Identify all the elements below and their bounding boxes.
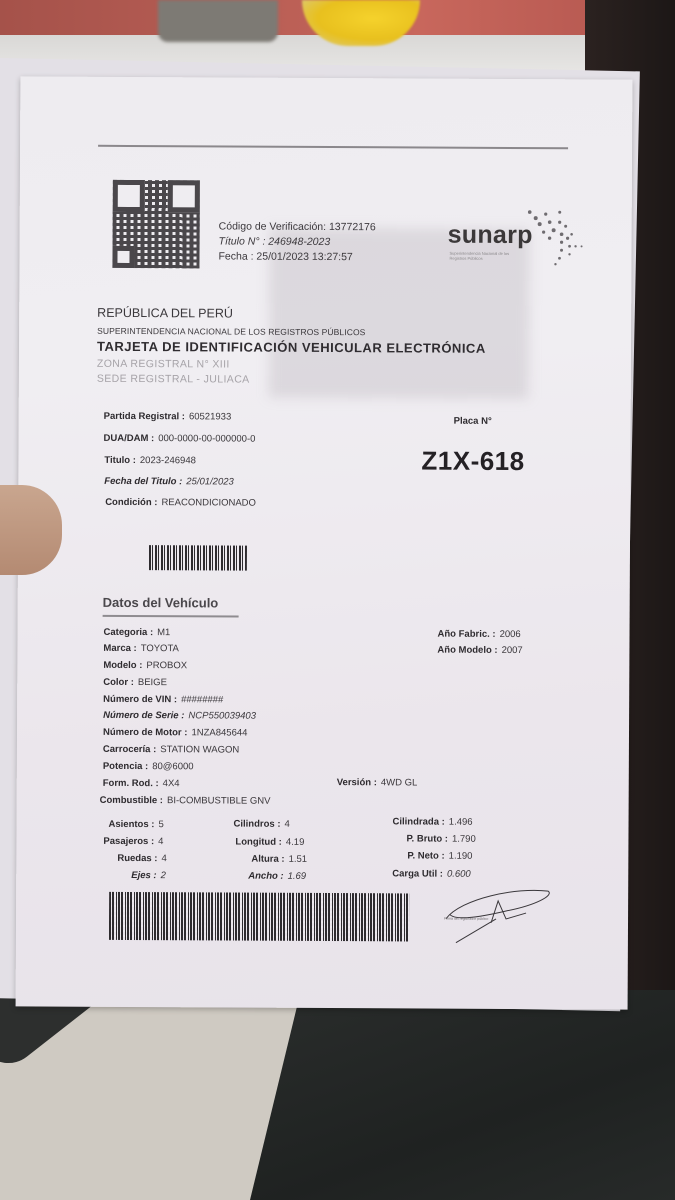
field-numero-motor: Número de Motor :1NZA845644 bbox=[103, 727, 247, 739]
verification-code: Código de Verificación: 13772176 bbox=[219, 219, 376, 235]
verification-titulo: Título N° : 246948-2023 bbox=[219, 234, 376, 250]
top-rule bbox=[98, 145, 568, 149]
field-combustible: Combustible :BI-COMBUSTIBLE GNV bbox=[100, 795, 271, 807]
vehicle-id-card: Código de Verificación: 13772176 Título … bbox=[16, 76, 633, 1009]
field-form-rod: Form. Rod. :4X4 bbox=[103, 778, 180, 789]
sede-registral: SEDE REGISTRAL - JULIACA bbox=[97, 373, 250, 386]
signature-icon bbox=[436, 879, 556, 950]
field-ruedas: Ruedas :4 bbox=[117, 853, 166, 864]
field-cilindros: Cilindros :4 bbox=[233, 819, 289, 830]
field-vin: Número de VIN :######## bbox=[103, 694, 223, 706]
field-dua-dam: DUA/DAM :000-0000-00-000000-0 bbox=[104, 433, 256, 445]
sunarp-logo: sunarp Superintendencia Nacional de los … bbox=[444, 204, 584, 275]
field-anio-fabricacion: Año Fabric. :2006 bbox=[437, 629, 520, 640]
field-ejes: Ejes :2 bbox=[131, 870, 166, 881]
signature-caption: Firma del registrador público bbox=[444, 917, 514, 921]
verification-fecha: Fecha : 25/01/2023 13:27:57 bbox=[218, 249, 375, 265]
field-carroceria: Carrocería :STATION WAGON bbox=[103, 744, 239, 756]
field-ancho: Ancho :1.69 bbox=[248, 871, 306, 882]
barcode-small bbox=[149, 545, 247, 571]
field-asientos: Asientos :5 bbox=[108, 819, 163, 830]
placa-number: Z1X-618 bbox=[421, 446, 524, 478]
field-fecha-titulo: Fecha del Titulo :25/01/2023 bbox=[104, 476, 234, 488]
field-longitud: Longitud :4.19 bbox=[235, 837, 304, 848]
sunarp-subtitle: Superintendencia Nacional de los Registr… bbox=[449, 251, 519, 261]
field-modelo: Modelo :PROBOX bbox=[103, 660, 187, 671]
document-sheet: Código de Verificación: 13772176 Título … bbox=[16, 76, 633, 1009]
section-title-datos-vehiculo: Datos del Vehículo bbox=[103, 595, 219, 611]
field-titulo: Titulo :2023-246948 bbox=[104, 455, 196, 466]
verification-block: Código de Verificación: 13772176 Título … bbox=[218, 219, 375, 265]
qr-code bbox=[112, 180, 199, 268]
field-pasajeros: Pasajeros :4 bbox=[103, 836, 163, 847]
field-anio-modelo: Año Modelo :2007 bbox=[437, 645, 522, 656]
sunarp-wordmark: sunarp bbox=[448, 221, 533, 250]
field-peso-bruto: P. Bruto :1.790 bbox=[406, 833, 475, 844]
field-numero-serie: Número de Serie :NCP550039403 bbox=[103, 710, 256, 722]
country-heading: REPÚBLICA DEL PERÚ bbox=[97, 306, 233, 321]
field-altura: Altura :1.51 bbox=[251, 854, 307, 865]
section-rule bbox=[103, 615, 239, 618]
pdf417-barcode bbox=[109, 892, 409, 942]
placa-label: Placa N° bbox=[454, 416, 492, 427]
field-peso-neto: P. Neto :1.190 bbox=[407, 850, 472, 861]
field-partida-registral: Partida Registral :60521933 bbox=[104, 411, 232, 423]
agency-heading: SUPERINTENDENCIA NACIONAL DE LOS REGISTR… bbox=[97, 326, 365, 337]
background-lap bbox=[250, 990, 675, 1200]
field-cilindrada: Cilindrada :1.496 bbox=[393, 816, 473, 827]
document-title: TARJETA DE IDENTIFICACIÓN VEHICULAR ELEC… bbox=[97, 339, 486, 356]
field-version: Versión :4WD GL bbox=[337, 777, 418, 788]
background-pot bbox=[158, 0, 278, 42]
zona-registral: ZONA REGISTRAL N° XIII bbox=[97, 358, 230, 371]
field-color: Color :BEIGE bbox=[103, 677, 167, 688]
field-potencia: Potencia :80@6000 bbox=[103, 761, 194, 772]
field-condicion: Condición :REACONDICIONADO bbox=[105, 497, 256, 509]
field-categoria: Categoria :M1 bbox=[104, 627, 171, 638]
field-marca: Marca :TOYOTA bbox=[103, 643, 179, 654]
